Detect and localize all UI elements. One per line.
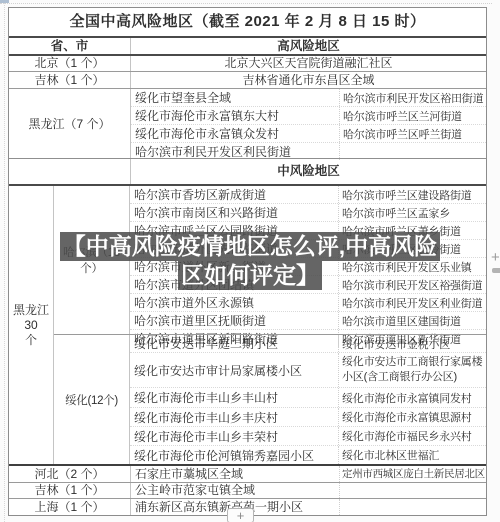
area-cell: 哈尔滨市南岗区和兴路街道 <box>130 204 339 221</box>
heilongjiang-medium-risk-block: 黑龙江 30 个 哈尔滨（18 个） 哈尔滨市香坊区新成街道 哈尔滨市呼兰区建设… <box>9 186 486 466</box>
table-row: 哈尔滨市利民开发区利民街道 <box>131 142 486 160</box>
caption-line1: 【中高风险疫情地区怎么评,中高风险 <box>60 232 440 261</box>
suihua-subblock: 绥化(12个) 绥化市安达市华庭二期小区 绥化市安达市金税小区 绥化市安达市审计… <box>54 334 486 464</box>
area-cell: 绥化市海伦市福民乡永兴村 <box>339 427 486 445</box>
caption-line2: 区如何评定】 <box>178 261 322 290</box>
area-cell: 绥化市望奎县全域 <box>131 89 340 106</box>
column-header-medium-risk: 中风险地区 <box>131 159 486 184</box>
table-row-hebei: 河北（2 个） 石家庄市藁城区全域 定州市西城区庞白土新民居北区 <box>9 466 486 482</box>
table-title: 全国中高风险地区（截至 2021 年 2 月 8 日 15 时） <box>9 8 486 38</box>
area-cell: 哈尔滨市呼兰区兰河街道 <box>340 107 486 124</box>
table-row: 绥化市安达市审计局家属楼小区 绥化市安达市工商银行家属楼小区(含工商银行办公区) <box>130 352 486 387</box>
province-cell: 吉林（1 个） <box>9 483 131 498</box>
city-cell: 绥化(12个) <box>54 335 130 464</box>
spreadsheet-gridline-top <box>0 3 492 4</box>
area-cell: 哈尔滨市道里区建国街道 <box>339 312 486 329</box>
table-row-jilin-high: 吉林（1 个） 吉林省通化市东昌区全域 <box>9 72 486 89</box>
area-cell: 绥化市安达市工商银行家属楼小区(含工商银行办公区) <box>339 353 486 387</box>
area-cell: 绥化市海伦市永富镇东大村 <box>131 107 340 124</box>
table-row: 哈尔滨市道外区永源镇 哈尔滨市利民开发区利业街道 <box>130 293 486 311</box>
blank-cell <box>9 159 131 184</box>
table-row: 哈尔滨市道里区抚顺街道 哈尔滨市道里区建国街道 <box>130 311 486 329</box>
table-row-beijing: 北京（1 个） 北京大兴区天宫院街道融汇社区 <box>9 56 486 72</box>
area-cell: 哈尔滨市利民开发区利民街道 <box>131 143 340 160</box>
zoom-in-button[interactable]: + <box>227 508 254 522</box>
high-risk-header-row: 省、市 高风险地区 <box>9 38 486 56</box>
area-cell: 哈尔滨市利民开发区利业街道 <box>339 294 486 311</box>
province-cell: 北京（1 个） <box>9 56 131 71</box>
province-cell: 河北（2 个） <box>9 466 131 482</box>
area-cell: 哈尔滨市呼兰区建设路街道 <box>339 186 486 203</box>
heilongjiang-high-risk-block: 黑龙江（7 个） 绥化市望奎县全域 哈尔滨市利民开发区裕田街道 绥化市海伦市永富… <box>9 89 486 159</box>
table-row: 绥化市海伦市伦河镇锦秀嘉园小区 绥化市北林区世福汇 <box>130 445 486 464</box>
table-row: 绥化市海伦市永富镇众发村 哈尔滨市呼兰区呼兰街道 <box>131 124 486 142</box>
province-cell: 黑龙江（7 个） <box>9 89 131 158</box>
area-cell: 绥化市安达市审计局家属楼小区 <box>130 353 339 387</box>
area-cell: 绥化市海伦市永富镇同发村 <box>339 388 486 407</box>
caption-overlay: 【中高风险疫情地区怎么评,中高风险 区如何评定】 <box>0 232 500 290</box>
table-row-jilin-medium: 吉林（1 个） 公主岭市范家屯镇全域 <box>9 482 486 498</box>
corner-selection-mark <box>0 0 9 3</box>
area-cell: 哈尔滨市呼兰区孟家乡 <box>339 204 486 221</box>
area-cell: 绥化市海伦市丰山乡丰庆村 <box>130 408 339 426</box>
province-label-line2: 个 <box>9 333 53 348</box>
area-cell: 哈尔滨市道里区抚顺街道 <box>130 312 339 329</box>
table-row: 绥化市海伦市丰山乡丰荣村 绥化市海伦市福民乡永兴村 <box>130 426 486 445</box>
table-row: 绥化市海伦市丰山乡丰山村 绥化市海伦市永富镇同发村 <box>130 387 486 407</box>
province-cell: 上海（1 个） <box>9 499 131 515</box>
area-cell: 吉林省通化市东昌区全域 <box>131 72 486 88</box>
table-row: 哈尔滨市香坊区新成街道 哈尔滨市呼兰区建设路街道 <box>130 186 486 203</box>
area-cell: 公主岭市范家屯镇全域 <box>131 483 340 498</box>
province-cell: 吉林（1 个） <box>9 72 131 88</box>
area-cell: 哈尔滨市香坊区新成街道 <box>130 186 339 203</box>
medium-risk-header-row: 中风险地区 <box>9 159 486 186</box>
area-cell <box>340 483 486 498</box>
table-row: 绥化市海伦市丰山乡丰庆村 绥化市海伦市永富镇思源村 <box>130 407 486 426</box>
area-cell <box>340 143 486 160</box>
area-cell: 绥化市海伦市永富镇众发村 <box>131 125 340 142</box>
table-row: 绥化市望奎县全域 哈尔滨市利民开发区裕田街道 <box>131 89 486 106</box>
area-cell: 绥化市海伦市伦河镇锦秀嘉园小区 <box>130 446 339 464</box>
area-cell <box>340 499 486 515</box>
area-cell: 北京大兴区天宫院街道融汇社区 <box>131 56 486 71</box>
table-row: 绥化市安达市华庭二期小区 绥化市安达市金税小区 <box>130 335 486 352</box>
area-cell: 绥化市安达市金税小区 <box>339 335 486 352</box>
province-cell: 黑龙江 30 个 <box>9 186 54 464</box>
table-row: 哈尔滨市南岗区和兴路街道 哈尔滨市呼兰区孟家乡 <box>130 203 486 221</box>
area-cell: 定州市西城区庞白土新民居北区 <box>340 466 486 482</box>
column-header-province: 省、市 <box>9 38 131 54</box>
province-label-line1: 黑龙江 30 <box>9 303 53 333</box>
area-cell: 绥化市安达市华庭二期小区 <box>130 335 339 352</box>
column-header-high-risk: 高风险地区 <box>131 38 486 54</box>
table-row: 绥化市海伦市永富镇东大村 哈尔滨市呼兰区兰河街道 <box>131 106 486 124</box>
area-cell: 石家庄市藁城区全域 <box>131 466 340 482</box>
area-cell: 哈尔滨市道外区永源镇 <box>130 294 339 311</box>
area-cell: 哈尔滨市呼兰区呼兰街道 <box>340 125 486 142</box>
area-cell: 绥化市海伦市丰山乡丰荣村 <box>130 427 339 445</box>
area-cell: 绥化市海伦市永富镇思源村 <box>339 408 486 426</box>
area-cell: 哈尔滨市利民开发区裕田街道 <box>340 89 486 106</box>
area-cell: 绥化市海伦市丰山乡丰山村 <box>130 388 339 407</box>
area-cell: 绥化市北林区世福汇 <box>339 446 486 464</box>
